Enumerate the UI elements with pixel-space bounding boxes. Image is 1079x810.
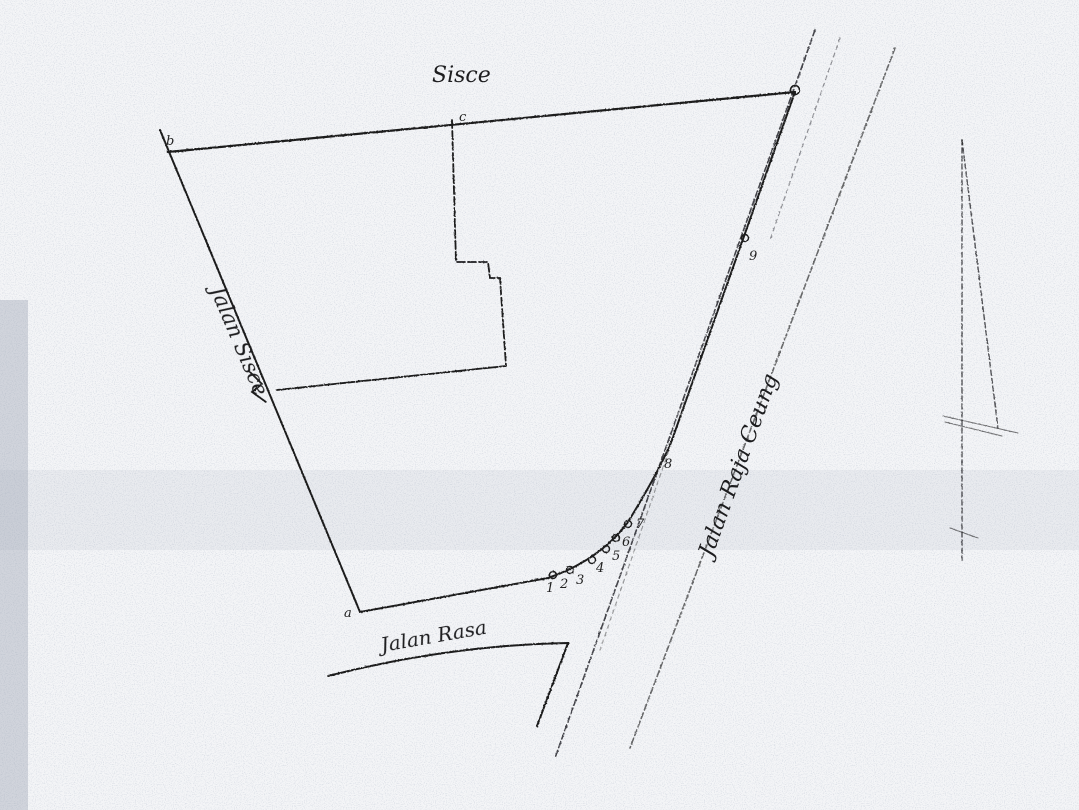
point-c: c	[459, 110, 467, 125]
svg-text:8: 8	[664, 457, 672, 472]
svg-text:6: 6	[622, 535, 630, 550]
paper-grain	[0, 0, 1079, 810]
scan-band-shadow	[0, 470, 1079, 550]
svg-text:5: 5	[612, 549, 620, 564]
scanned-plot-sheet: Sisce Jalan Sisce Jalan Rasa Jalan Raja …	[0, 0, 1079, 810]
svg-text:9: 9	[749, 249, 757, 264]
svg-text:3: 3	[576, 573, 584, 588]
label-top-boundary: Sisce	[432, 63, 491, 88]
svg-text:2: 2	[559, 577, 568, 592]
svg-text:4: 4	[595, 561, 604, 576]
svg-text:1: 1	[546, 581, 554, 596]
svg-text:7: 7	[636, 517, 645, 532]
point-b: b	[166, 134, 174, 149]
point-a: a	[344, 606, 352, 621]
scan-left-shadow	[0, 300, 28, 810]
plot-drawing: Sisce Jalan Sisce Jalan Rasa Jalan Raja …	[0, 0, 1079, 810]
